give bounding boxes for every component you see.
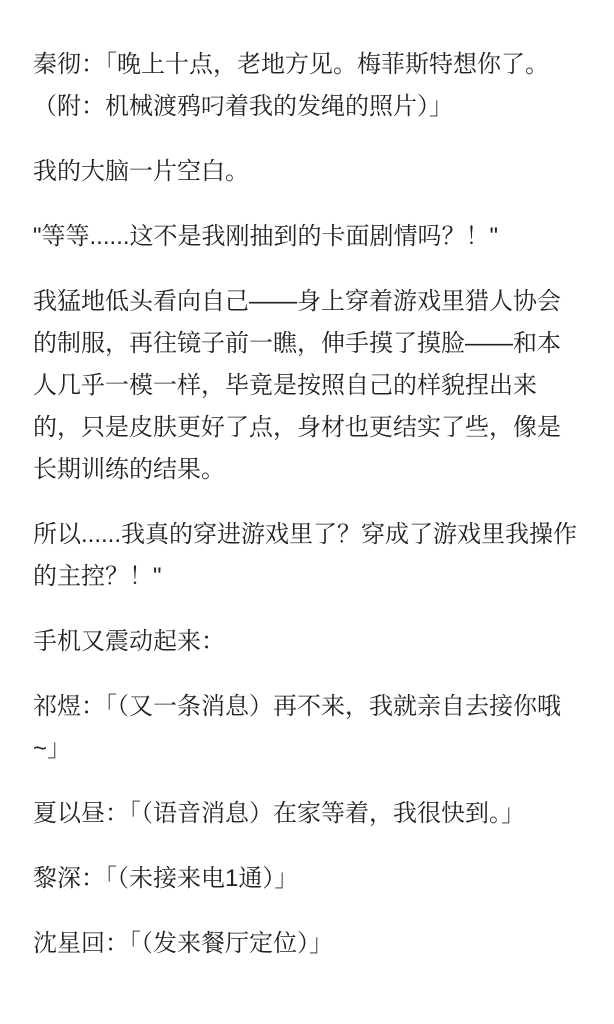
paragraph: 所以......我真的穿进游戏里了？穿成了游戏里我操作的主控？！" bbox=[33, 514, 582, 598]
paragraph: 秦彻：「晚上十点，老地方见。梅菲斯特想你了。（附：机械渡鸦叼着我的发绳的照片）」 bbox=[33, 44, 582, 128]
paragraph: 我的大脑一片空白。 bbox=[33, 151, 582, 193]
paragraph: "等等......这不是我刚抽到的卡面剧情吗？！" bbox=[33, 216, 582, 258]
paragraph: 夏以昼：「（语音消息）在家等着，我很快到。」 bbox=[33, 793, 582, 835]
paragraph: 我猛地低头看向自己——身上穿着游戏里猎人协会的制服，再往镜子前一瞧，伸手摸了摸脸… bbox=[33, 281, 582, 491]
paragraph: 沈星回：「（发来餐厅定位）」 bbox=[33, 923, 582, 965]
novel-reader-page: 秦彻：「晚上十点，老地方见。梅菲斯特想你了。（附：机械渡鸦叼着我的发绳的照片）」… bbox=[0, 0, 614, 1024]
paragraph: 黎深：「（未接来电1通）」 bbox=[33, 858, 582, 900]
paragraph: 祁煜：「（又一条消息）再不来，我就亲自去接你哦~」 bbox=[33, 686, 582, 770]
novel-text-column: 秦彻：「晚上十点，老地方见。梅菲斯特想你了。（附：机械渡鸦叼着我的发绳的照片）」… bbox=[33, 44, 582, 965]
paragraph: 手机又震动起来： bbox=[33, 621, 582, 663]
